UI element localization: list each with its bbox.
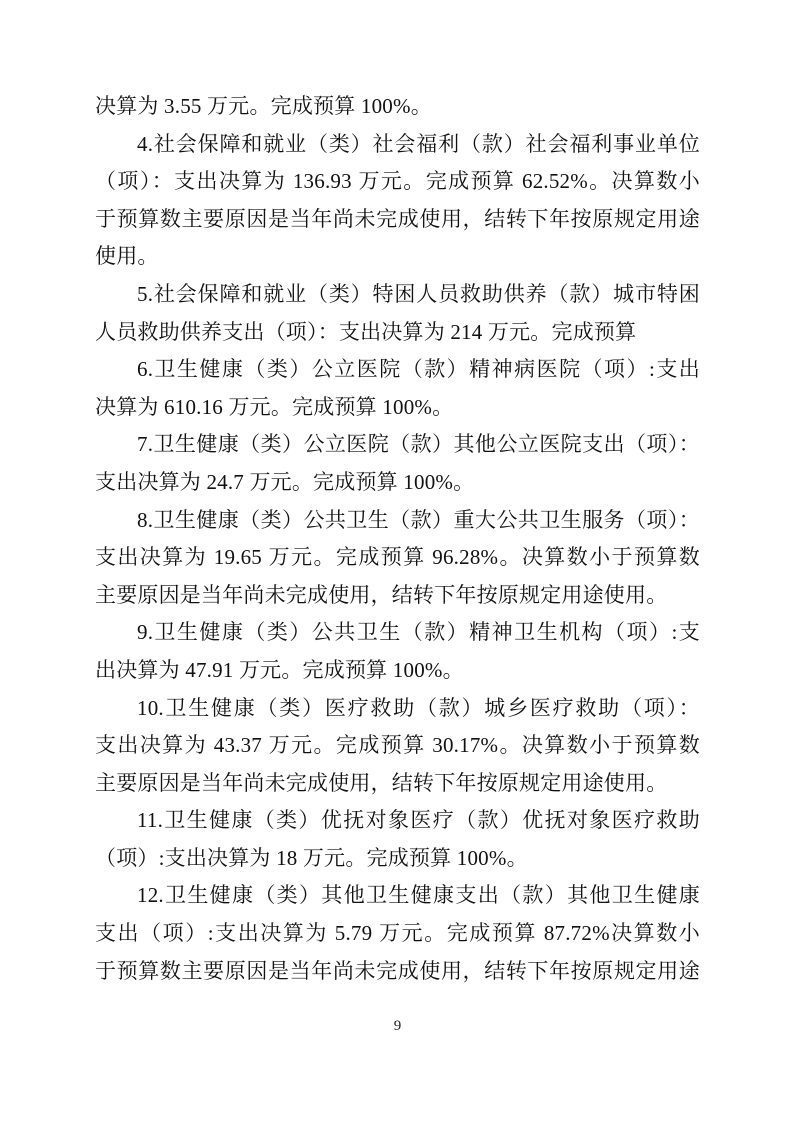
page-number: 9 — [95, 1016, 700, 1036]
text-line: 决算为 3.55 万元。完成预算 100%。 — [95, 88, 700, 126]
text-line: 6.卫生健康（类）公立医院（款）精神病医院（项）:支出 — [95, 351, 700, 389]
text-line: 出决算为 47.91 万元。完成预算 100%。 — [95, 652, 700, 690]
text-line: 7.卫生健康（类）公立医院（款）其他公立医院支出（项）： — [95, 426, 700, 464]
text-line: 支出决算为 43.37 万元。完成预算 30.17%。决算数小于预算数 — [95, 727, 700, 765]
text-line: 于预算数主要原因是当年尚未完成使用，结转下年按原规定用途 — [95, 201, 700, 239]
text-line: 人员救助供养支出（项）：支出决算为 214 万元。完成预算 100%。 — [95, 314, 700, 352]
document-page: 决算为 3.55 万元。完成预算 100%。4.社会保障和就业（类）社会福利（款… — [0, 0, 793, 1122]
text-line: （项）：支出决算为 136.93 万元。完成预算 62.52%。决算数小 — [95, 163, 700, 201]
text-line: 10.卫生健康（类）医疗救助（款）城乡医疗救助（项）： — [95, 690, 700, 728]
text-line: 支出（项）:支出决算为 5.79 万元。完成预算 87.72%决算数小 — [95, 915, 700, 953]
document-body-text: 决算为 3.55 万元。完成预算 100%。4.社会保障和就业（类）社会福利（款… — [95, 88, 700, 990]
text-line: （项）:支出决算为 18 万元。完成预算 100%。 — [95, 840, 700, 878]
text-line: 8.卫生健康（类）公共卫生（款）重大公共卫生服务（项）： — [95, 502, 700, 540]
text-line: 决算为 610.16 万元。完成预算 100%。 — [95, 389, 700, 427]
text-line: 主要原因是当年尚未完成使用，结转下年按原规定用途使用。 — [95, 765, 700, 803]
text-line: 主要原因是当年尚未完成使用，结转下年按原规定用途使用。 — [95, 577, 700, 615]
text-line: 12.卫生健康（类）其他卫生健康支出（款）其他卫生健康 — [95, 877, 700, 915]
text-line: 于预算数主要原因是当年尚未完成使用，结转下年按原规定用途 — [95, 953, 700, 991]
text-line: 9.卫生健康（类）公共卫生（款）精神卫生机构（项）:支 — [95, 614, 700, 652]
text-line: 5.社会保障和就业（类）特困人员救助供养（款）城市特困 — [95, 276, 700, 314]
text-line: 11.卫生健康（类）优抚对象医疗（款）优抚对象医疗救助 — [95, 802, 700, 840]
text-line: 支出决算为 19.65 万元。完成预算 96.28%。决算数小于预算数 — [95, 539, 700, 577]
text-line: 使用。 — [95, 238, 700, 276]
text-line: 4.社会保障和就业（类）社会福利（款）社会福利事业单位 — [95, 126, 700, 164]
text-line: 支出决算为 24.7 万元。完成预算 100%。 — [95, 464, 700, 502]
